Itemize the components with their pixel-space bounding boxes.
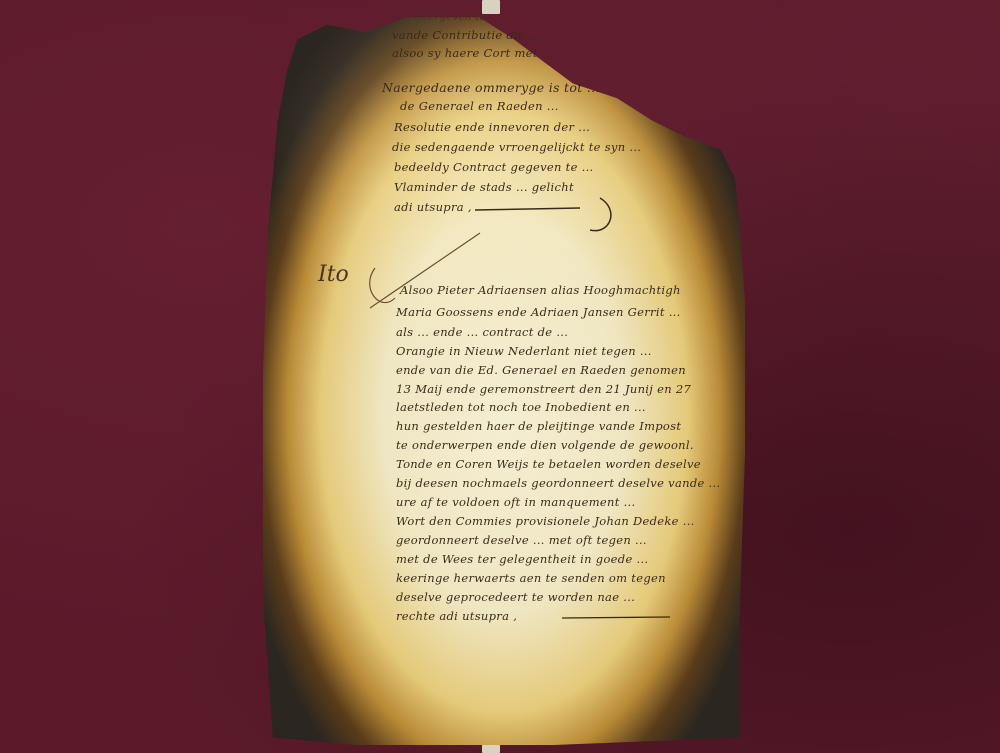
text-line: 13 Maij ende geremonstreert den 21 Junij… bbox=[396, 382, 691, 396]
signature-flourish bbox=[470, 190, 620, 240]
text-line: Naergedaene ommeryge is tot ... bbox=[382, 80, 600, 95]
text-line: Wort den Commies provisionele Johan Dede… bbox=[396, 514, 695, 528]
text-line: Tonde en Coren Weijs te betaelen worden … bbox=[396, 457, 701, 471]
text-line: Maria Goossens ende Adriaen Jansen Gerri… bbox=[396, 305, 681, 319]
closing-flourish bbox=[560, 612, 680, 624]
text-line: ... Geergeven te ... bbox=[400, 12, 499, 23]
text-line: geordonneert deselve ... met oft tegen .… bbox=[396, 533, 647, 547]
text-line: vande Contributie die ... bbox=[392, 28, 541, 42]
text-line: Alsoo Pieter Adriaensen alias Hooghmacht… bbox=[400, 283, 681, 297]
text-line: alsoo sy haere Cort met ... bbox=[392, 46, 554, 60]
text-line: die sedengaende vrroengelijckt te syn ..… bbox=[392, 140, 641, 154]
text-line: bij deesen nochmaels geordonneert deselv… bbox=[396, 476, 720, 490]
text-line: ure af te voldoen oft in manquement ... bbox=[396, 495, 635, 509]
text-line: hun gestelden haer de pleijtinge vande I… bbox=[396, 419, 681, 433]
text-line: keeringe herwaerts aen te senden om tege… bbox=[396, 571, 666, 585]
text-line: te onderwerpen ende dien volgende de gew… bbox=[396, 438, 694, 452]
text-line: Resolutie ende innevoren der ... bbox=[394, 120, 590, 134]
text-line: rechte adi utsupra , bbox=[396, 609, 517, 623]
text-line: bedeeldy Contract gegeven te ... bbox=[394, 160, 594, 174]
text-line: ende van die Ed. Generael en Raeden geno… bbox=[396, 363, 686, 377]
text-line: deselve geprocedeert te worden nae ... bbox=[396, 590, 635, 604]
text-line: de Generael en Raeden ... bbox=[400, 99, 559, 113]
text-line: laetstleden tot noch toe Inobedient en .… bbox=[396, 400, 646, 414]
text-line: Orangie in Nieuw Nederlant niet tegen ..… bbox=[396, 344, 652, 358]
text-line: met de Wees ter gelegentheit in goede ..… bbox=[396, 552, 648, 566]
text-line: adi utsupra , bbox=[394, 200, 472, 214]
margin-note: Ito bbox=[318, 262, 349, 287]
text-line: als ... ende ... contract de ... bbox=[396, 325, 568, 339]
